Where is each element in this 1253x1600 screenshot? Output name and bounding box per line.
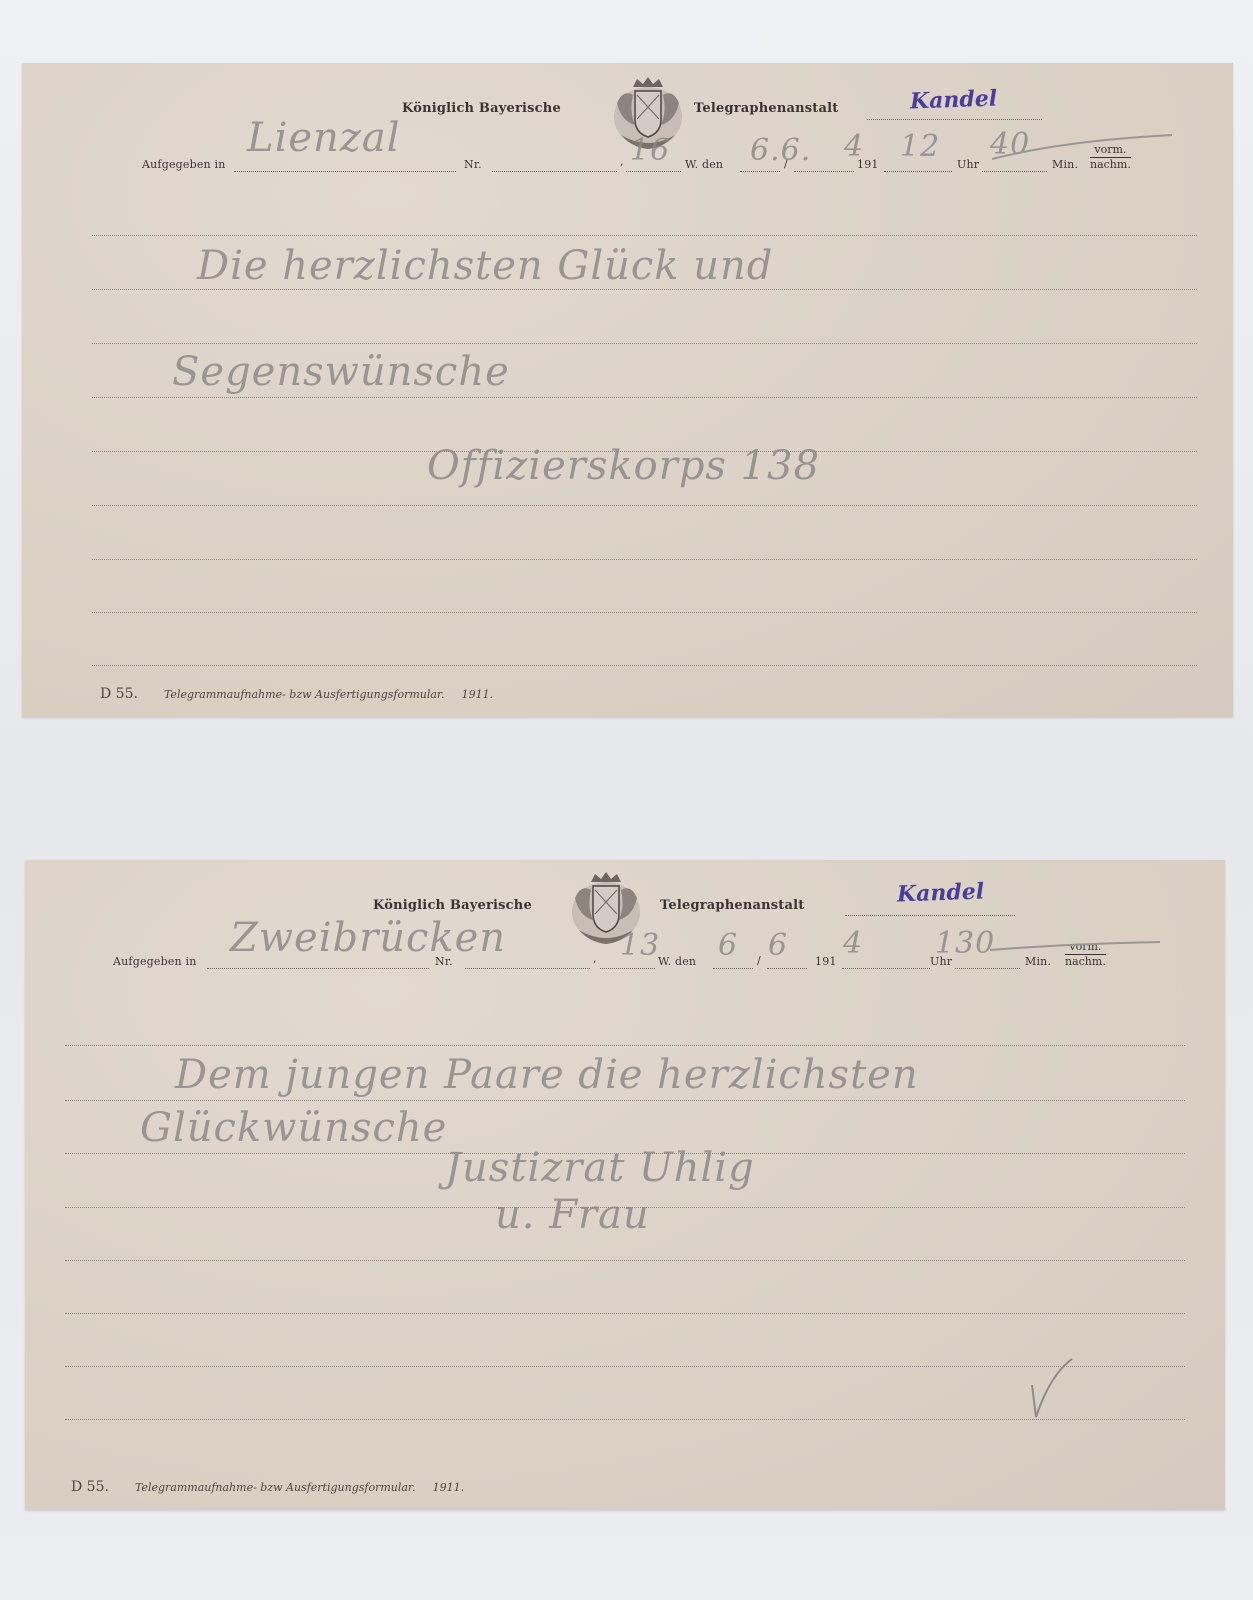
ruled-line — [92, 665, 1197, 666]
date-value: 6.6. — [750, 133, 811, 168]
header-left-text: Königlich Bayerische — [373, 898, 532, 913]
message-line-4: u. Frau — [495, 1192, 650, 1238]
header-right-text: Telegraphenanstalt — [694, 101, 838, 116]
station-line — [845, 915, 1015, 916]
aufgegeben-line — [234, 171, 456, 172]
nr-label: Nr. — [435, 955, 453, 968]
form-code: D 55. — [71, 1479, 109, 1495]
ruled-line — [65, 1366, 1185, 1367]
form-footer: D 55.Telegrammaufnahme- bzw Ausfertigung… — [100, 683, 493, 702]
message-line-3: Justizrat Uhlig — [445, 1145, 755, 1191]
aufgegeben-line — [207, 968, 429, 969]
date-day-value: 6 — [718, 928, 738, 963]
w-value: 16 — [630, 133, 670, 168]
aufgegeben-label: Aufgegeben in — [113, 955, 197, 968]
ruled-line — [65, 1100, 1185, 1101]
w-den-label: W. den — [658, 955, 696, 968]
nr-line — [465, 968, 590, 969]
nr-line — [492, 171, 617, 172]
uhr-label: Uhr — [957, 158, 979, 171]
uhr-value: 1 — [935, 926, 955, 961]
year-line — [884, 171, 952, 172]
min-line — [955, 968, 1020, 969]
ruled-line — [92, 612, 1197, 613]
message-line-2: Glückwünsche — [140, 1105, 447, 1151]
nr-label: Nr. — [464, 158, 482, 171]
ruled-line — [65, 1260, 1185, 1261]
day-line — [740, 171, 780, 172]
form-description: Telegrammaufnahme- bzw Ausfertigungsform… — [164, 688, 445, 701]
ruled-line — [65, 1045, 1185, 1046]
telegram-form-2: Königlich Bayerische Telegraphenanstalt … — [25, 860, 1225, 1510]
station-stamp: Kandel — [910, 85, 998, 114]
min-line — [982, 171, 1047, 172]
date-separator: / — [757, 954, 761, 967]
message-line-1: Die herzlichsten Glück und — [197, 243, 773, 289]
year-suffix: 4 — [843, 926, 863, 961]
message-line-1: Dem jungen Paare die herzlichsten — [175, 1052, 919, 1098]
year-prefix: 191 — [815, 955, 837, 968]
pencil-strike-icon — [985, 938, 1165, 958]
month-line — [794, 171, 854, 172]
ruled-line — [92, 343, 1197, 344]
ruled-line — [65, 1313, 1185, 1314]
station-stamp: Kandel — [897, 878, 985, 907]
aufgegeben-label: Aufgegeben in — [142, 158, 226, 171]
aufgegeben-value: Zweibrücken — [230, 915, 506, 961]
ruled-line — [92, 397, 1197, 398]
aufgegeben-value: Lienzal — [247, 115, 401, 161]
w-den-label: W. den — [685, 158, 723, 171]
comma: , — [620, 155, 624, 168]
day-line — [713, 968, 753, 969]
w-line — [600, 968, 655, 969]
message-line-2: Segenswünsche — [172, 349, 510, 395]
ruled-line — [92, 289, 1197, 290]
header-left-text: Königlich Bayerische — [402, 101, 561, 116]
station-line — [867, 119, 1042, 120]
message-line-3: Offizierskorps 138 — [427, 443, 820, 489]
month-line — [767, 968, 807, 969]
form-year: 1911. — [433, 1481, 465, 1494]
comma: , — [593, 952, 597, 965]
w-line — [626, 171, 681, 172]
year-suffix: 4 — [844, 129, 864, 164]
form-description: Telegrammaufnahme- bzw Ausfertigungsform… — [135, 1481, 416, 1494]
date-month-value: 6 — [768, 928, 788, 963]
ruled-line — [92, 235, 1197, 236]
check-mark-icon — [1020, 1355, 1080, 1425]
year-line — [842, 968, 930, 969]
ruled-line — [65, 1419, 1185, 1420]
telegram-form-1: Königlich Bayerische Telegraphenanstalt … — [22, 63, 1233, 717]
ruled-line — [92, 559, 1197, 560]
form-footer: D 55.Telegrammaufnahme- bzw Ausfertigung… — [71, 1476, 464, 1495]
uhr-value: 12 — [900, 129, 940, 164]
w-value: 13 — [620, 928, 660, 963]
ruled-line — [92, 505, 1197, 506]
form-code: D 55. — [100, 686, 138, 702]
form-year: 1911. — [462, 688, 494, 701]
pencil-strike-icon — [982, 131, 1182, 161]
header-right-text: Telegraphenanstalt — [660, 898, 804, 913]
